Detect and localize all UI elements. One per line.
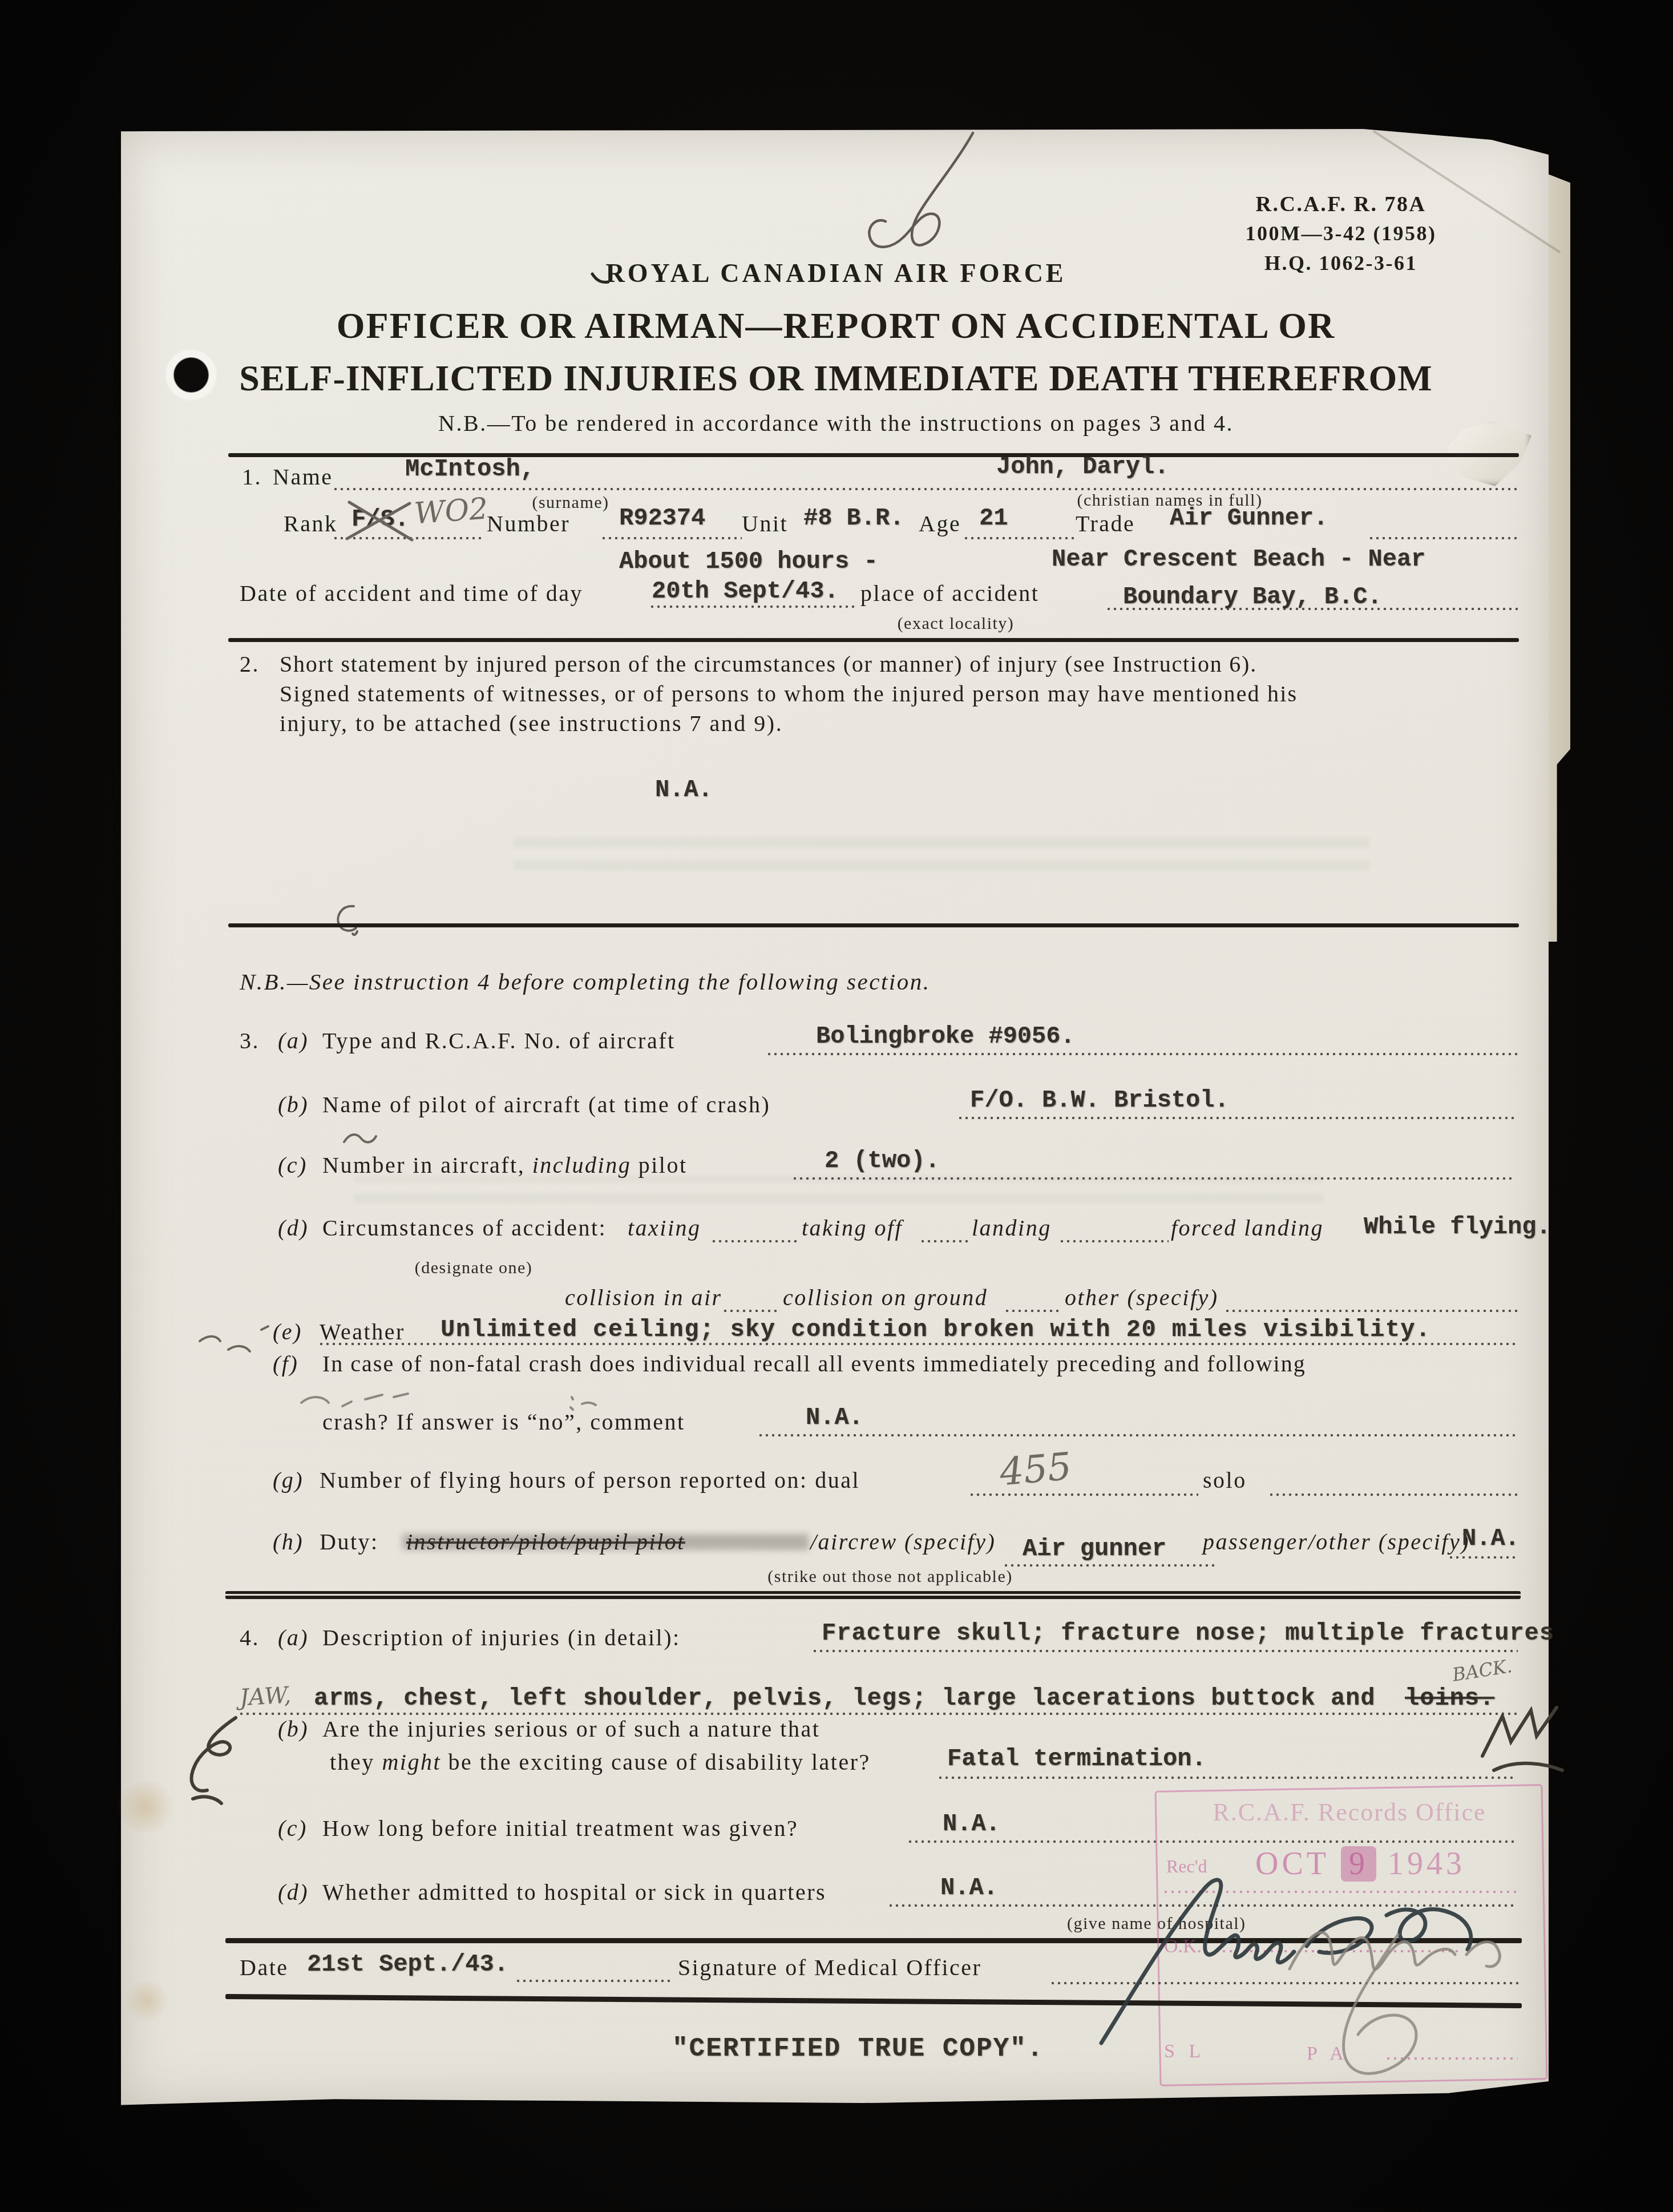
circumstances-value: While flying. [1364,1213,1551,1241]
exact-locality-caption: (exact locality) [862,614,1050,633]
item-3d-tag: (d) [278,1214,309,1241]
date-value: 21st Sept./43. [307,1951,508,1978]
number-in-aircraft-label-pre: Number in aircraft, [322,1152,532,1178]
pilot-name-label: Name of pilot of aircraft (at time of cr… [322,1091,770,1118]
number-in-aircraft-label-post: pilot [631,1152,687,1178]
org-name: ROYAL CANADIAN AIR FORCE [123,258,1549,288]
pencil-smudge-marks [297,1386,434,1411]
form-ref-number: R.C.A.F. R. 78A [1227,192,1455,217]
render-note: N.B.—To be rendered in accordance with t… [123,410,1549,437]
item-4c-tag: (c) [278,1815,308,1842]
hospital-admission-value: N.A. [940,1874,998,1902]
number-in-aircraft-label-italic: including [532,1152,632,1178]
date-of-accident-label: Date of accident and time of day [240,580,583,607]
serious-injuries-line2: they might be the exciting cause of disa… [330,1749,871,1775]
item-3h-tag: (h) [273,1528,304,1555]
item-3-number: 3. [240,1027,260,1054]
place-of-accident-value-1: Near Crescent Beach - Near [1052,546,1425,573]
option-collision-on-ground: collision on ground [783,1284,988,1311]
number-in-aircraft-value: 2 (two). [825,1147,940,1174]
recall-question-line1: In case of non-fatal crash does individu… [322,1350,1306,1377]
number-in-aircraft-label: Number in aircraft, including pilot [322,1152,688,1178]
pencil-strikeout-smudge [402,1534,809,1550]
rank-label: Rank [284,510,337,537]
item-4b-tag: (b) [278,1715,309,1742]
item-3a-tag: (a) [278,1027,309,1054]
certified-true-copy-text: "CERTIFIED TRUE COPY". [672,2034,1044,2064]
ink-bleedthrough [514,830,1369,870]
injuries-label: Description of injuries (in detail): [322,1624,681,1651]
option-taking-off: taking off [802,1214,903,1241]
divider-rule [228,923,1519,927]
signature-label: Signature of Medical Officer [678,1954,981,1981]
flying-hours-label: Number of flying hours of person reporte… [320,1467,860,1493]
pencil-margin-flourish-left [181,1713,256,1807]
form-title-line1: OFFICER OR AIRMAN—REPORT ON ACCIDENTAL O… [123,305,1549,347]
item-4-number: 4. [240,1624,260,1651]
pencil-countersignature [1278,1900,1563,2089]
dotted-line [602,536,742,540]
stain [114,1781,177,1833]
item-3b-tag: (b) [278,1091,309,1118]
christian-names-value: John, Daryl. [996,453,1169,481]
divider-double-rule [225,1591,1521,1599]
option-landing: landing [972,1214,1052,1241]
statement-answer-value: N.A. [655,776,713,804]
dotted-line [964,536,1076,540]
pencil-margin-flourish-right [1477,1702,1571,1782]
date-of-accident-value: 20th Sept/43. [652,578,839,605]
hospital-admission-label: Whether admitted to hospital or sick in … [322,1879,826,1906]
dotted-line [939,1776,1515,1779]
pencil-tilde-mark [340,1127,379,1150]
duty-aircrew-label: /aircrew (specify) [810,1528,996,1555]
option-taxiing: taxiing [628,1214,701,1241]
dotted-line [712,1240,798,1243]
divider-rule [228,638,1519,642]
serious-injuries-line2-post: be the exciting cause of disability late… [441,1749,871,1775]
handwritten-jaw-annotation: JAW, [239,1682,292,1712]
pilot-name-value: F/O. B.W. Bristol. [970,1087,1229,1114]
place-of-accident-value-2: Boundary Bay, B.C. [1123,583,1382,611]
surname-value: McIntosh, [405,455,535,483]
dotted-line [650,605,856,608]
injuries-value-line2: arms, chest, left shoulder, pelvis, legs… [314,1685,1376,1712]
number-label: Number [487,510,570,537]
weather-value: Unlimited ceiling; sky condition broken … [441,1316,1431,1343]
trade-label: Trade [1076,510,1135,537]
item-4a-tag: (a) [278,1624,309,1651]
designate-one-caption: (designate one) [382,1258,565,1278]
option-other-specify: other (specify) [1065,1284,1219,1311]
serious-injuries-line2-pre: they [330,1749,382,1775]
injuries-value-line1: Fracture skull; fracture nose; multiple … [822,1620,1554,1647]
circumstances-label: Circumstances of accident: [322,1214,607,1241]
scanned-document-background: R.C.A.F. R. 78A 100M—3-42 (1958) H.Q. 10… [0,0,1673,2212]
recall-question-line2: crash? If answer is “no”, comment [322,1408,685,1435]
serious-injuries-line1: Are the injuries serious or of such a na… [322,1715,820,1742]
date-label: Date [240,1954,289,1981]
dotted-line [1449,1556,1518,1559]
duty-other-value: N.A. [1462,1525,1520,1552]
dotted-line [767,1052,1518,1056]
dotted-line [793,1177,1515,1180]
dotted-line [1060,1240,1169,1243]
item-3c-tag: (c) [278,1152,308,1178]
item-3g-tag: (g) [273,1467,304,1493]
print-tick-mark [589,268,612,291]
item-1-number: 1. [242,463,262,490]
dotted-line [1270,1493,1518,1496]
pencil-scribble-top [844,130,981,264]
item-2-number: 2. [240,651,260,677]
dotted-line [813,1649,1518,1653]
form-print-code: 100M—3-42 (1958) [1227,221,1455,245]
stain [123,1980,171,2021]
serious-injuries-line2-italic: might [382,1749,441,1775]
recall-answer-value: N.A. [806,1404,863,1431]
treatment-delay-value: N.A. [943,1810,1000,1838]
aircraft-type-label: Type and R.C.A.F. No. of aircraft [322,1027,676,1054]
dotted-line [1369,536,1518,540]
trade-value: Air Gunner. [1170,504,1328,532]
place-of-accident-label: place of accident [860,580,1039,607]
instruction-4-note: N.B.—See instruction 4 before completing… [240,968,930,995]
solo-label: solo [1203,1467,1247,1493]
option-collision-in-air: collision in air [565,1284,722,1311]
rank-handwritten-value: WO2 [413,492,489,531]
dotted-line [320,1342,1518,1346]
dotted-line [516,1979,673,1983]
pencil-x-strikeout [342,499,417,543]
serious-injuries-value: Fatal termination. [947,1745,1206,1773]
strike-out-caption: (strike out those not applicable) [685,1567,1096,1587]
dotted-line [1226,1309,1518,1313]
dotted-line [1005,1309,1062,1313]
duty-passenger-label: passenger/other (specify) [1203,1528,1470,1555]
item-4d-tag: (d) [278,1879,309,1906]
item-3f-tag: (f) [273,1350,298,1377]
duty-label: Duty: [320,1528,379,1555]
dotted-line [1107,607,1518,611]
unit-value: #8 B.R. [803,504,904,532]
statement-instruction-line2: Signed statements of witnesses, or of pe… [280,680,1298,707]
unit-label: Unit [742,510,788,537]
statement-instruction-line1: Short statement by injured person of the… [280,651,1257,677]
pencil-mark-c [331,901,362,935]
dotted-line [759,1434,1518,1437]
treatment-delay-label: How long before initial treatment was gi… [322,1815,798,1842]
name-label: Name [273,463,333,490]
age-value: 21 [979,504,1008,532]
stamp-office-text: R.C.A.F. Records Office [1157,1798,1542,1827]
dotted-line [334,487,1518,491]
dotted-line [724,1309,781,1313]
pencil-margin-marks [194,1318,274,1358]
form-title-line2: SELF-INFLICTED INJURIES OR IMMEDIATE DEA… [123,357,1549,399]
age-label: Age [919,510,961,537]
weather-label: Weather [320,1318,405,1345]
duty-value: Air gunner [1023,1535,1166,1563]
item-3e-tag: (e) [273,1318,302,1345]
dotted-line [921,1240,969,1243]
statement-instruction-line3: injury, to be attached (see instructions… [280,710,783,737]
time-of-accident-value: About 1500 hours - [619,548,878,575]
dual-hours-handwritten-value: 455 [998,1444,1073,1495]
aircraft-type-value: Bolingbroke #9056. [816,1023,1075,1050]
dotted-line [959,1116,1515,1120]
option-forced-landing: forced landing [1171,1214,1324,1241]
service-number-value: R92374 [619,504,705,532]
